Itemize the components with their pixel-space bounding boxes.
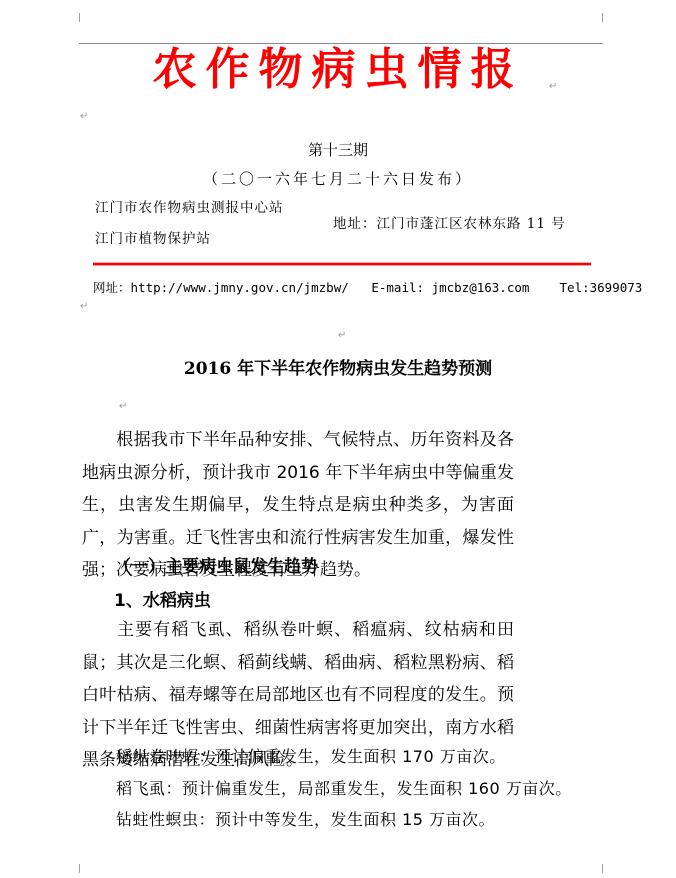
tel-value: 3699073 <box>590 280 643 295</box>
paragraph-mark-icon: ↵ <box>80 302 88 312</box>
forecast-item: 稻纵卷叶螟：预计偏重发生，发生面积 170 万亩次。 <box>116 746 506 768</box>
masthead-title: 农作物病虫情报 <box>0 40 676 100</box>
publisher-org-1: 江门市农作物病虫测报中心站 <box>95 199 284 217</box>
contact-line: 网址：http://www.jmny.gov.cn/jmzbw/ E-mail:… <box>93 280 642 296</box>
publisher-address: 地址：江门市蓬江区农林东路 11 号 <box>333 215 566 233</box>
forecast-item: 稻飞虱：预计偏重发生，局部重发生，发生面积 160 万亩次。 <box>116 778 572 800</box>
paragraph-mark-icon: ↵ <box>80 112 88 122</box>
paragraph-mark-icon: ↵ <box>119 402 127 412</box>
publish-date: （二〇一六年七月二十六日发布） <box>0 169 676 189</box>
article-heading: 2016 年下半年农作物病虫发生趋势预测 <box>0 358 676 380</box>
crop-mark-top-right <box>602 13 603 22</box>
paragraph-mark-icon: ↵ <box>338 331 346 341</box>
crop-mark-bottom-left <box>79 864 80 873</box>
email-link[interactable]: jmcbz@163.com <box>432 280 530 295</box>
red-separator-rule <box>93 263 591 265</box>
publisher-org-2: 江门市植物保护站 <box>95 230 211 248</box>
subsection-1-title: 1、水稻病虫 <box>114 590 211 612</box>
tel-label: Tel: <box>560 280 590 295</box>
crop-mark-bottom-right <box>602 864 603 873</box>
crop-mark-top-left <box>79 13 80 22</box>
section-1-title: （一）主要病虫鼠发生趋势 <box>114 556 318 578</box>
issue-number: 第十三期 <box>0 140 676 160</box>
paragraph-mark-icon: ↵ <box>549 82 557 92</box>
forecast-item: 钻蛀性螟虫：预计中等发生，发生面积 15 万亩次。 <box>116 809 495 831</box>
email-label: E-mail: <box>371 280 424 295</box>
website-label: 网址： <box>93 280 131 295</box>
website-link[interactable]: http://www.jmny.gov.cn/jmzbw/ <box>131 280 349 295</box>
